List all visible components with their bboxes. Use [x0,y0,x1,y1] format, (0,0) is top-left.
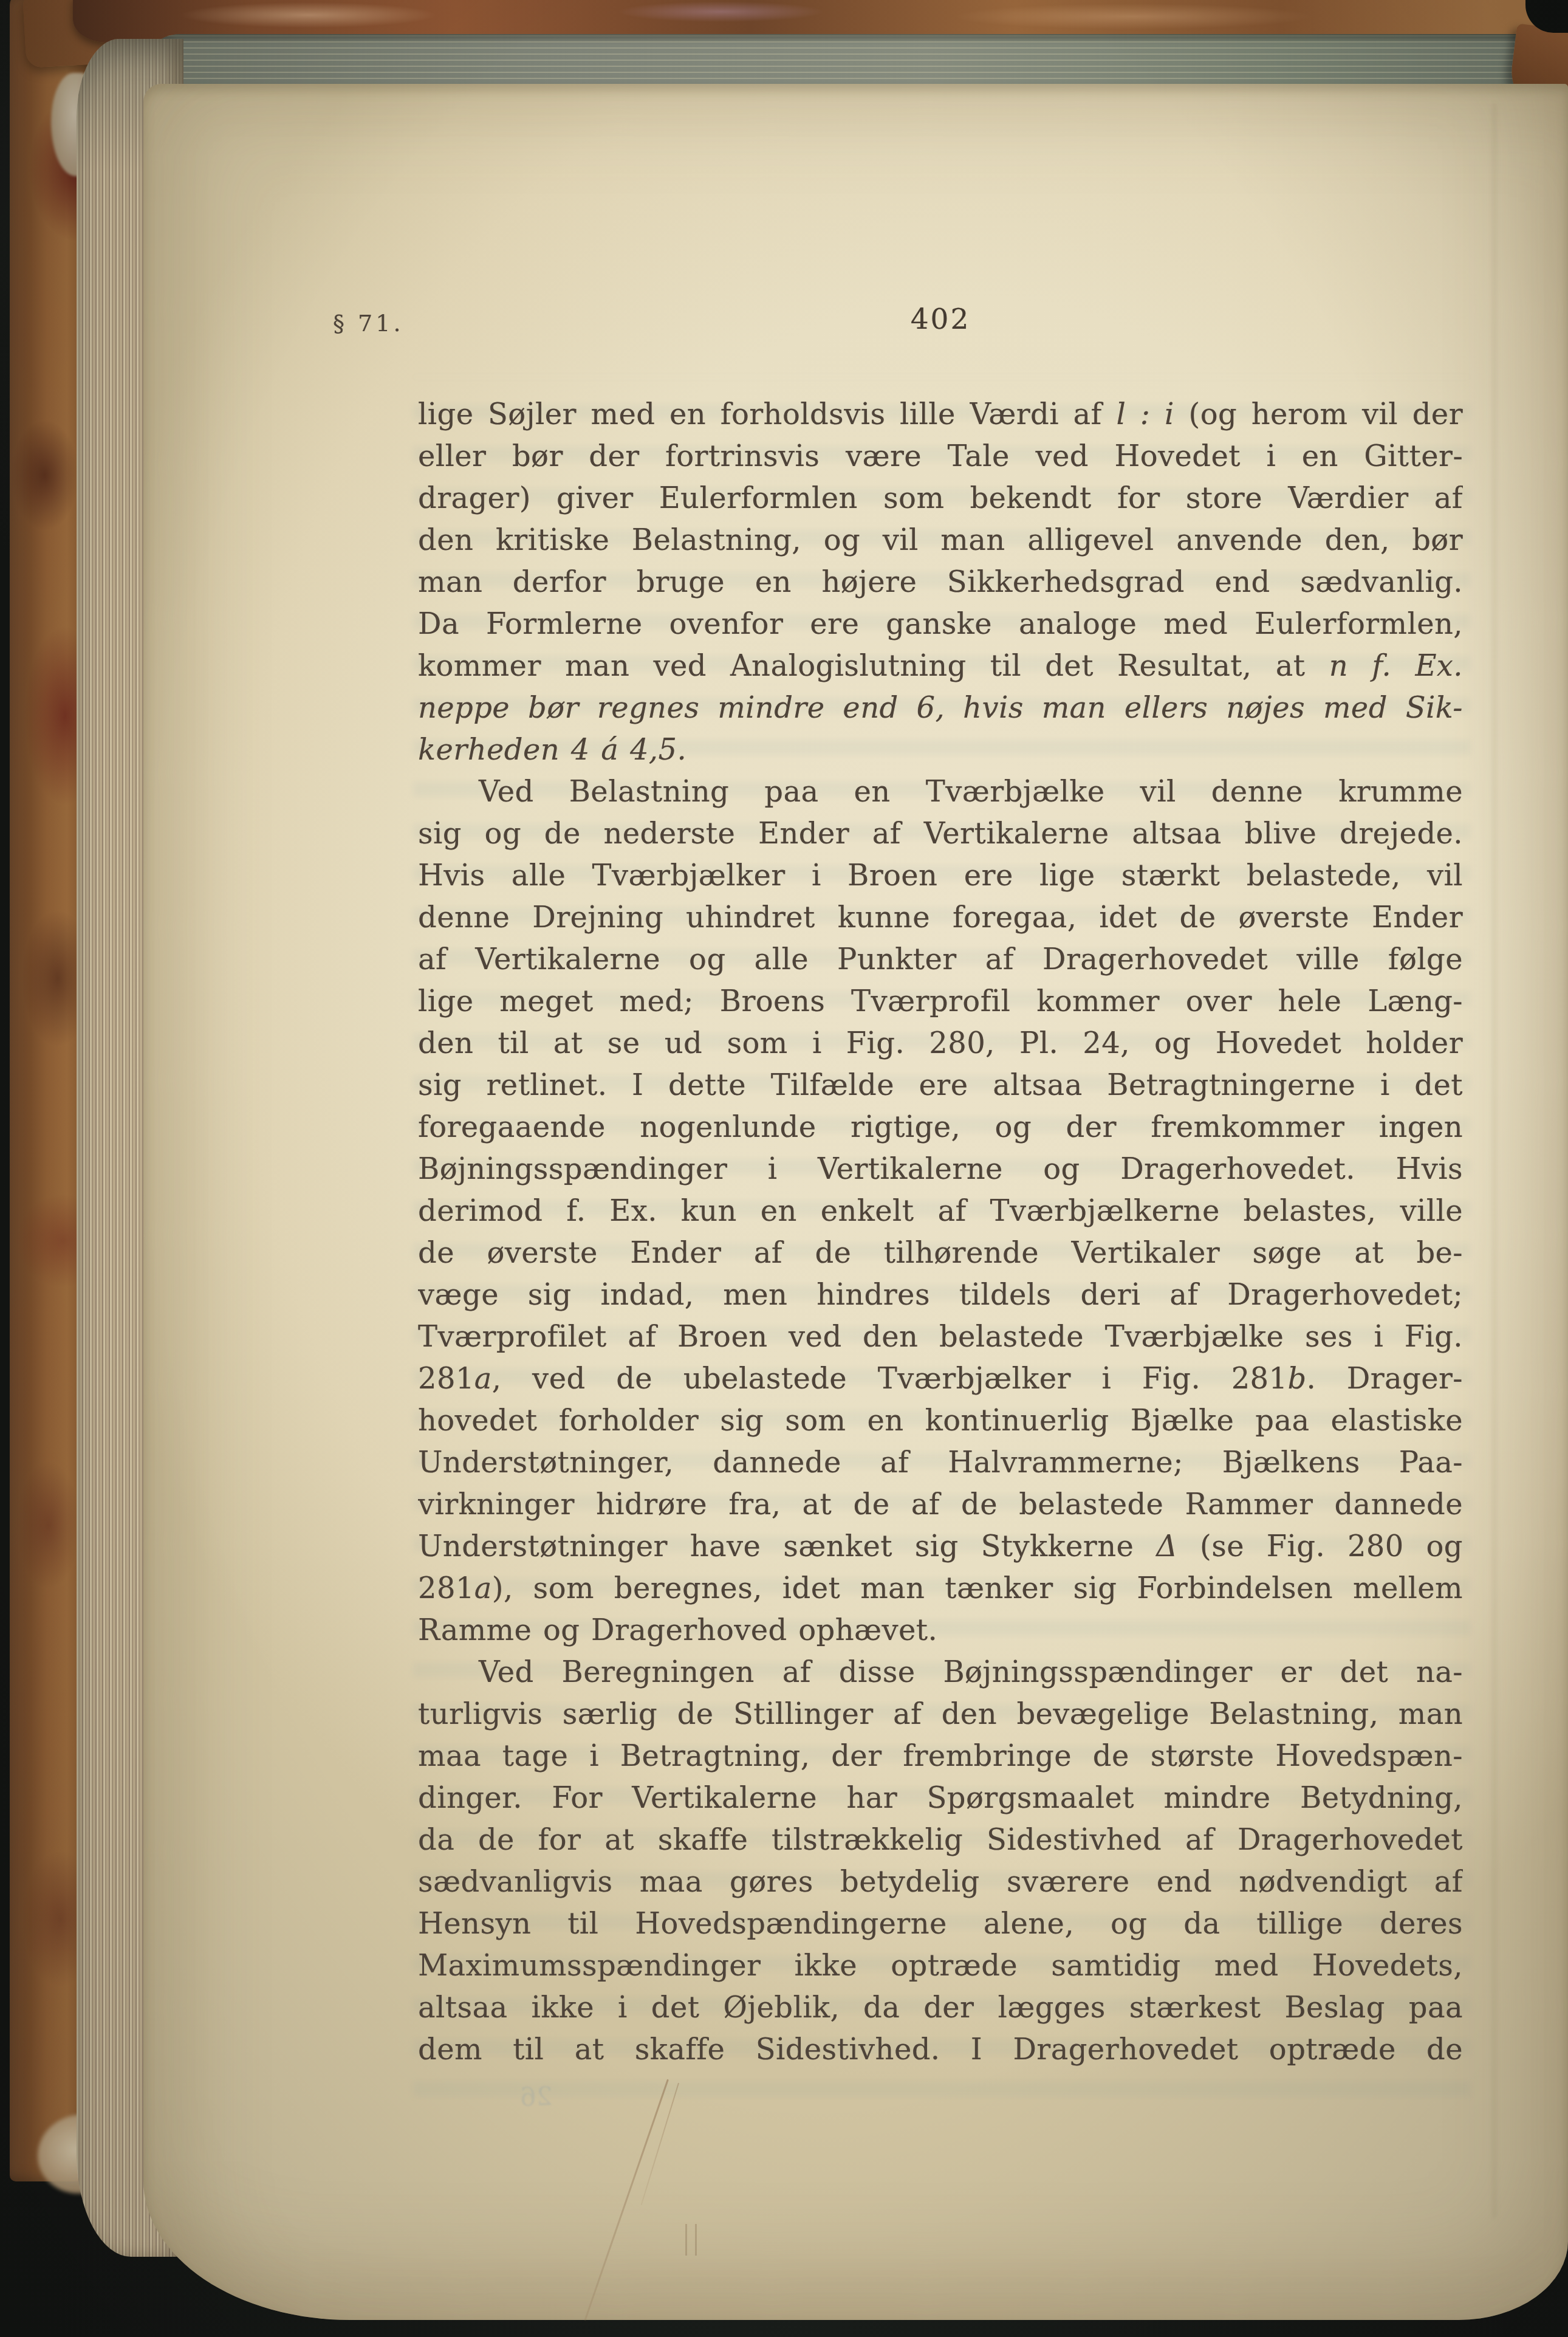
text-line: neppe bør regnes mindre end 6, hvis man … [418,687,1463,729]
text-line: Da Formlerne ovenfor ere ganske analoge … [418,603,1463,645]
text-line: sig og de nederste Ender af Vertikalerne… [418,813,1463,855]
text-line: da de for at skaffe tilstrækkelig Sidest… [418,1819,1463,1861]
text-line: den kritiske Belastning, og vil man alli… [418,520,1463,561]
text-line: denne Drejning uhindret kunne foregaa, i… [418,897,1463,939]
text-line: foregaaende nogenlunde rigtige, og der f… [418,1107,1463,1148]
text-line: Tværprofilet af Broen ved den belastede … [418,1316,1463,1358]
text-line: drager) giver Eulerformlen som bekendt f… [418,478,1463,520]
text-line: Hensyn til Hovedspændingerne alene, og d… [418,1903,1463,1945]
text-line: sig retlinet. I dette Tilfælde ere altsa… [418,1065,1463,1107]
text-line: de øverste Ender af de tilhørende Vertik… [418,1232,1463,1274]
text-line: dem til at skaffe Sidestivhed. I Dragerh… [418,2029,1463,2071]
text-line: 281a), som beregnes, idet man tænker sig… [418,1568,1463,1610]
text-line: dinger. For Vertikalerne har Spørgsmaale… [418,1777,1463,1819]
text-line: man derfor bruge en højere Sikkerhedsgra… [418,561,1463,603]
text-block: lige Søjler med en forholdsvis lille Vær… [418,394,1463,2071]
text-line: turligvis særlig de Stillinger af den be… [418,1694,1463,1735]
text-line: 281a, ved de ubelastede Tværbjælker i Fi… [418,1358,1463,1400]
section-heading: § 71. [333,310,404,337]
text-line: Understøtninger have sænket sig Stykkern… [418,1526,1463,1568]
text-line: væge sig indad, men hindres tildels deri… [418,1274,1463,1316]
text-line: Hvis alle Tværbjælker i Broen ere lige s… [418,855,1463,897]
text-line: sædvanligvis maa gøres betydelig sværere… [418,1861,1463,1903]
page-crease [1491,103,1498,2218]
text-line: den til at se ud som i Fig. 280, Pl. 24,… [418,1023,1463,1065]
text-line: Ved Belastning paa en Tværbjælke vil den… [418,771,1463,813]
text-line: Understøtninger, dannede af Halvrammerne… [418,1442,1463,1484]
text-line: Maximumsspændinger ikke optræde samtidig… [418,1945,1463,1987]
text-line: kerheden 4 á 4,5. [418,729,1463,771]
faint-tick-marks [685,2224,701,2256]
text-line: lige meget med; Broens Tværprofil kommer… [418,981,1463,1023]
text-line: kommer man ved Analogislutning til det R… [418,645,1463,687]
text-line: eller bør der fortrinsvis være Tale ved … [418,436,1463,478]
text-line: maa tage i Betragtning, der frembringe d… [418,1735,1463,1777]
text-line: af Vertikalerne og alle Punkter af Drage… [418,939,1463,981]
text-line: virkninger hidrøre fra, at de af de bela… [418,1484,1463,1526]
text-line: derimod f. Ex. kun en enkelt af Tværbjæl… [418,1190,1463,1232]
text-line: Bøjningsspændinger i Vertikalerne og Dra… [418,1148,1463,1190]
text-line: hovedet forholder sig som en kontinuerli… [418,1400,1463,1442]
ghost-signature-number: 26 [519,2081,553,2112]
text-line: Ved Beregningen af disse Bøjningsspændin… [418,1652,1463,1694]
text-line: lige Søjler med en forholdsvis lille Vær… [418,394,1463,436]
text-line: Ramme og Dragerhoved ophævet. [418,1610,1463,1652]
book-photo: § 71. 402 lige Søjler med en forholdsvis… [0,0,1568,2337]
page-number: 402 [418,303,1463,336]
text-line: altsaa ikke i det Øjeblik, da der lægges… [418,1987,1463,2029]
